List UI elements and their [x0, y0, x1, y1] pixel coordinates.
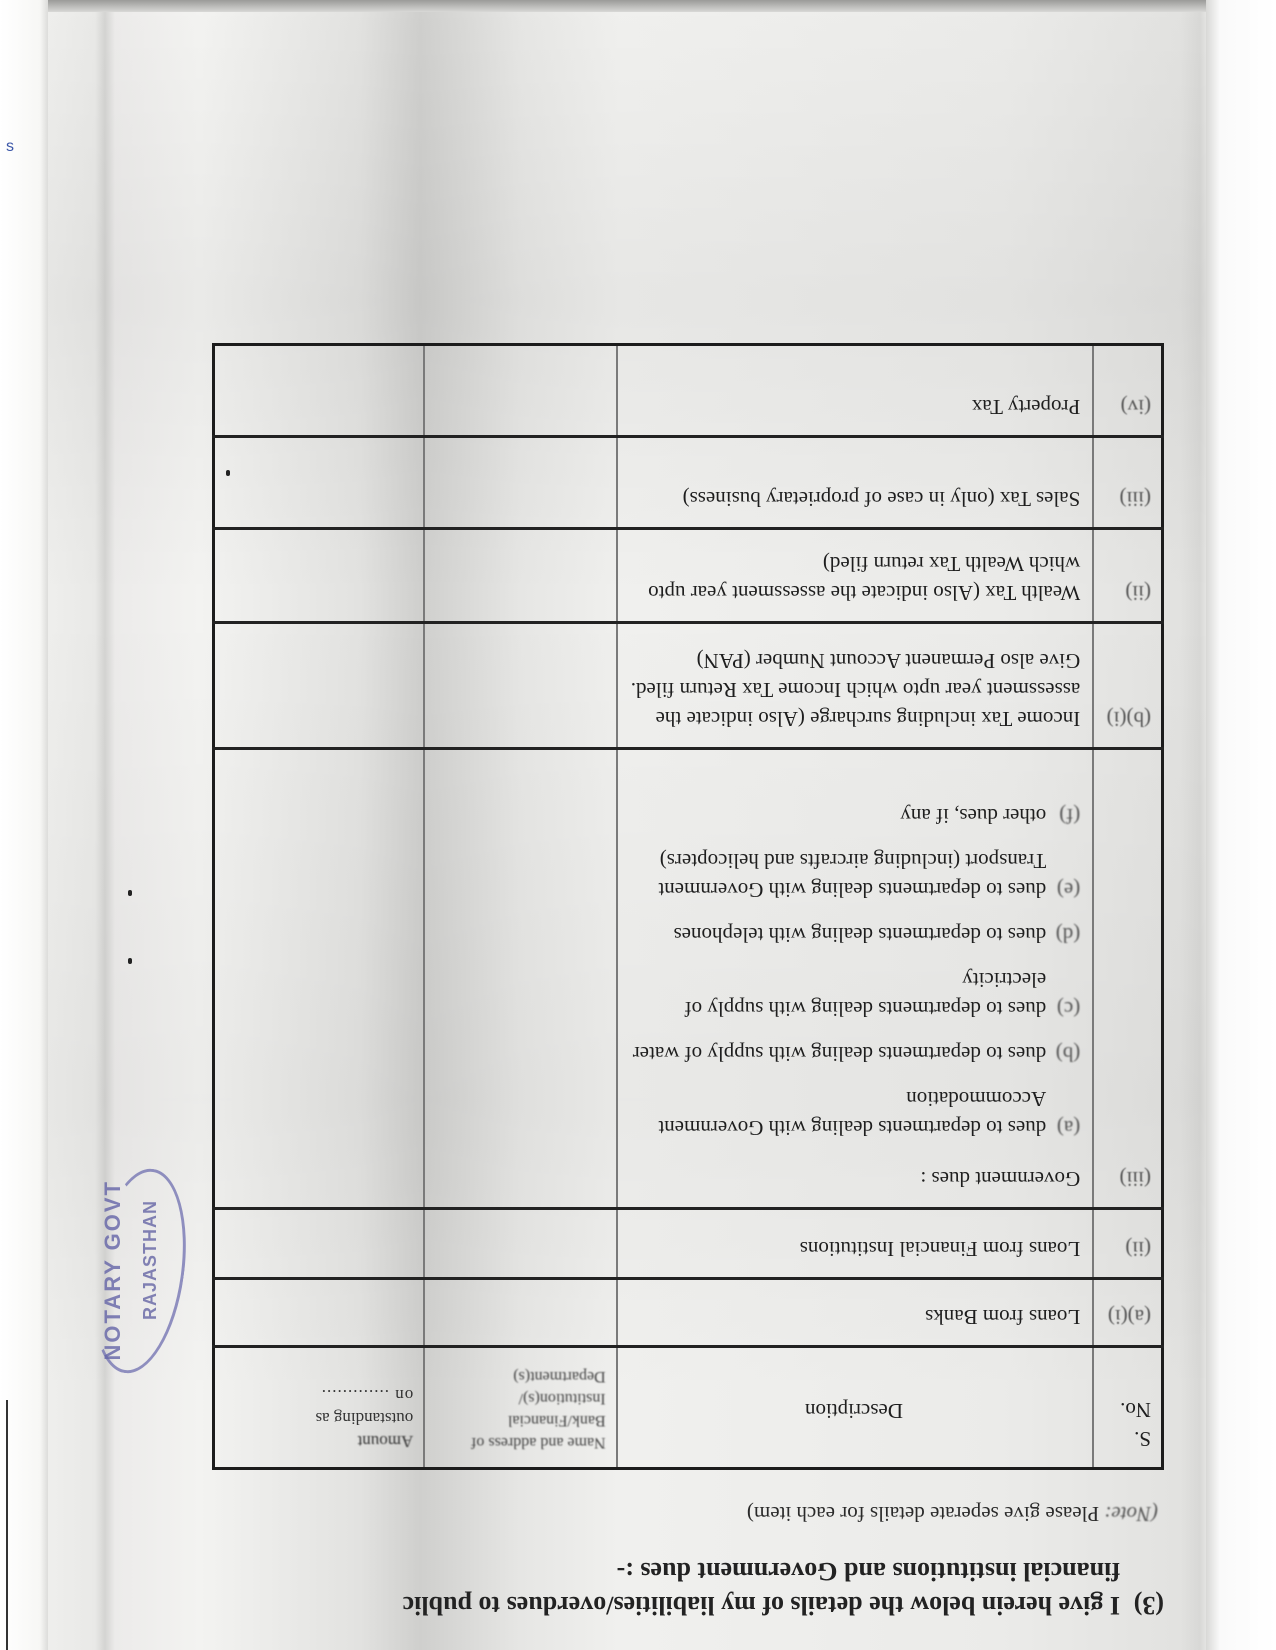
sub-item-text: dues to departments dealing with supply …: [633, 1042, 1047, 1066]
sub-item-text: dues to departments dealing with telepho…: [674, 923, 1047, 947]
sub-item-text: dues to departments dealing with Governm…: [658, 1087, 1046, 1140]
row-sno: (iv): [1093, 345, 1162, 437]
table-row: (b)(i) Income Tax including surcharge (A…: [214, 623, 1163, 749]
government-dues-label: Government dues :: [628, 1164, 1081, 1193]
header-amount-line-2: outstanding as: [225, 1407, 413, 1430]
sub-item: (c)dues to departments dealing with supp…: [628, 965, 1081, 1023]
note-label: (Note:: [1104, 1502, 1158, 1526]
page-spine: s: [0, 0, 48, 1650]
sub-item-label: (e): [1046, 875, 1080, 904]
sub-item: (d)dues to departments dealing with tele…: [628, 920, 1081, 949]
row-name-address-cell[interactable]: [424, 623, 616, 749]
note: (Note: Please give seperate details for …: [747, 1501, 1158, 1526]
table-row: (iii) Government dues : (a)dues to depar…: [214, 749, 1163, 1209]
table-row: (iii) Sales Tax (only in case of proprie…: [214, 437, 1163, 529]
scan-speck: [128, 890, 132, 896]
row-sno: (ii): [1093, 1209, 1162, 1279]
header-amount-line-1: Amount: [225, 1430, 413, 1453]
row-amount-cell[interactable]: [214, 529, 425, 623]
binding-line: [0, 1400, 8, 1650]
page-right-edge: [1206, 0, 1276, 1650]
header-description: Description: [617, 1347, 1094, 1469]
row-amount-cell[interactable]: [214, 749, 425, 1209]
heading-line-1: I give herein below the details of my li…: [403, 1591, 1120, 1620]
sub-item: (b)dues to departments dealing with supp…: [628, 1039, 1081, 1068]
table-row: (ii) Wealth Tax (Also indicate the asses…: [214, 529, 1163, 623]
row-description: Loans from Banks: [617, 1279, 1094, 1347]
sub-item-text: dues to departments dealing with Governm…: [658, 849, 1046, 902]
row-name-address-cell[interactable]: [424, 529, 616, 623]
notary-stamp-outer-text: NOTARY GOVT: [100, 1180, 126, 1361]
section-number: (3): [1120, 1588, 1164, 1622]
row-sno: (a)(i): [1093, 1279, 1162, 1347]
scanner-top-edge: [0, 0, 1276, 12]
sub-item: (a)dues to departments dealing with Gove…: [628, 1084, 1081, 1142]
row-sno: (ii): [1093, 529, 1162, 623]
sub-item: (e)dues to departments dealing with Gove…: [628, 846, 1081, 904]
header-amount-line-3: on .............: [225, 1384, 413, 1407]
table-row: (a)(i) Loans from Banks: [214, 1279, 1163, 1347]
row-name-address-cell[interactable]: [424, 1209, 616, 1279]
row-sno: (b)(i): [1093, 623, 1162, 749]
table-row: (iv) Property Tax: [214, 345, 1163, 437]
header-name-address-text: Name and address of Bank/Financial Insti…: [435, 1365, 605, 1453]
scan-speck: [226, 470, 230, 476]
heading-line-2: financial institutions and Government du…: [204, 1554, 1164, 1588]
row-name-address-cell[interactable]: [424, 345, 616, 437]
notary-stamp-inner-text: RAJASTHAN: [140, 1200, 161, 1320]
note-text: Please give seperate details for each it…: [747, 1502, 1099, 1526]
section-heading: (3)I give herein below the details of my…: [204, 1554, 1164, 1622]
table-header-row: S. No. Description Name and address of B…: [214, 1347, 1163, 1469]
sub-item: (f)other dues, if any: [628, 801, 1081, 830]
sub-item-text: dues to departments dealing with supply …: [685, 968, 1047, 1021]
row-amount-cell[interactable]: [214, 1209, 425, 1279]
row-name-address-cell[interactable]: [424, 749, 616, 1209]
scan-speck: [128, 958, 132, 964]
sub-item-text: other dues, if any: [900, 804, 1046, 828]
row-description: Wealth Tax (Also indicate the assessment…: [617, 529, 1094, 623]
row-description: Property Tax: [617, 345, 1094, 437]
row-amount-cell[interactable]: [214, 623, 425, 749]
row-amount-cell[interactable]: [214, 345, 425, 437]
liabilities-table: S. No. Description Name and address of B…: [212, 343, 1164, 1470]
header-name-address: Name and address of Bank/Financial Insti…: [424, 1347, 616, 1469]
row-description: Income Tax including surcharge (Also ind…: [617, 623, 1094, 749]
sub-item-label: (b): [1046, 1039, 1080, 1068]
sub-item-label: (a): [1046, 1113, 1080, 1142]
edge-mark: s: [6, 138, 14, 156]
sub-item-label: (d): [1046, 920, 1080, 949]
row-description: Loans from Financial Institutions: [617, 1209, 1094, 1279]
row-name-address-cell[interactable]: [424, 1279, 616, 1347]
table-row: (ii) Loans from Financial Institutions: [214, 1209, 1163, 1279]
row-amount-cell[interactable]: [214, 437, 425, 529]
affidavit-page: (3)I give herein below the details of my…: [204, 165, 1164, 1650]
row-sno: (iii): [1093, 749, 1162, 1209]
row-name-address-cell[interactable]: [424, 437, 616, 529]
sub-item-label: (c): [1046, 994, 1080, 1023]
row-description-government-dues: Government dues : (a)dues to departments…: [617, 749, 1094, 1209]
row-description: Sales Tax (only in case of proprietary b…: [617, 437, 1094, 529]
header-sno: S. No.: [1093, 1347, 1162, 1469]
sub-item-label: (f): [1046, 801, 1080, 830]
row-amount-cell[interactable]: [214, 1279, 425, 1347]
row-sno: (iii): [1093, 437, 1162, 529]
header-amount: Amount outstanding as on .............: [214, 1347, 425, 1469]
